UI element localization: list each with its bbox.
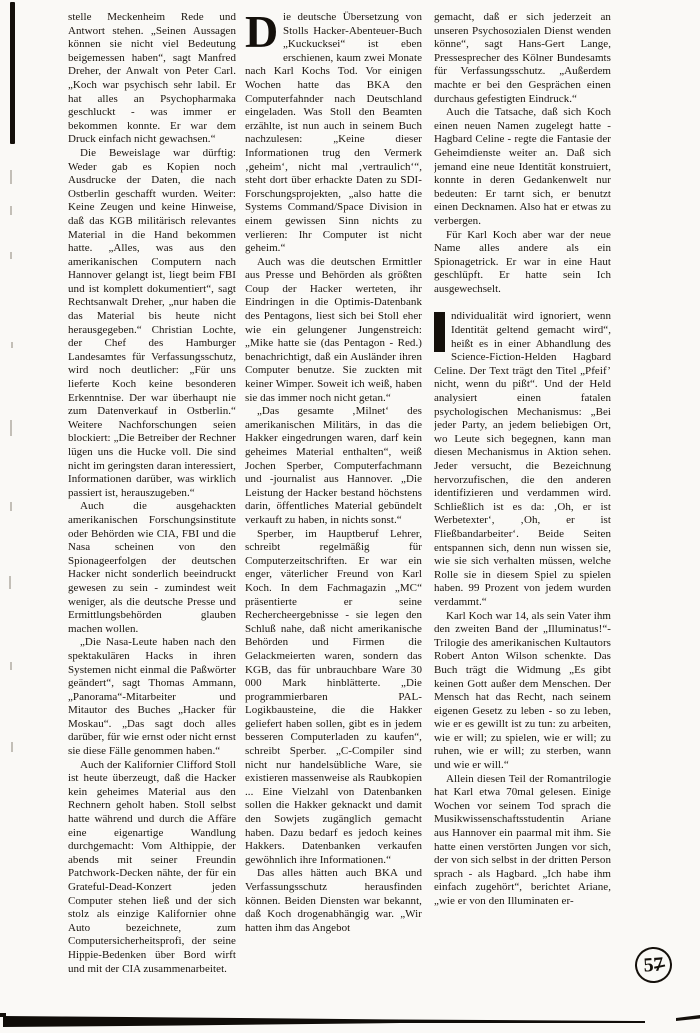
text-column-1: stelle Meckenheim Rede und Antwort stehe… — [68, 11, 236, 1006]
paragraph: Karl Koch war 14, als sein Vater ihm den… — [434, 610, 611, 773]
paragraph: Für Karl Koch aber war der neue Name all… — [434, 229, 611, 297]
scan-margin-dash — [10, 502, 12, 511]
paragraph: Auch was die deutschen Ermittler aus Pre… — [245, 256, 422, 406]
paragraph: Allein diesen Teil der Romantrilogie hat… — [434, 773, 611, 909]
paragraph: Die Beweislage war dürftig: Weder gab es… — [68, 147, 236, 500]
paragraph: „Das gesamte ‚Milnet‘ des amerikanischen… — [245, 405, 422, 527]
paragraph-text: ndividualität wird ignoriert, wenn Ident… — [434, 310, 611, 607]
paragraph: Sperber, im Hauptberuf Lehrer, schreibt … — [245, 528, 422, 868]
paragraph-with-dropcap: Die deutsche Übersetzung von Stolls Hack… — [245, 11, 422, 256]
paragraph-with-dropcap: Individualität wird ignoriert, wenn Iden… — [434, 310, 611, 609]
scan-margin-dash — [10, 206, 12, 215]
scan-margin-dash — [10, 420, 12, 436]
paragraph: Auch der Kalifornier Clifford Stoll ist … — [68, 759, 236, 977]
paragraph: stelle Meckenheim Rede und Antwort stehe… — [68, 11, 236, 147]
scan-edge-mark-bottom — [0, 1005, 700, 1033]
drop-cap-letter: I — [434, 312, 445, 352]
scanned-magazine-page: stelle Meckenheim Rede und Antwort stehe… — [0, 0, 700, 1033]
paragraph: Das alles hätten auch BKA und Verfassung… — [245, 867, 422, 935]
text-column-2: Die deutsche Übersetzung von Stolls Hack… — [245, 11, 422, 1006]
paragraph: Auch die ausgehackten amerikanischen For… — [68, 500, 236, 636]
paragraph: „Die Nasa-Leute haben nach den spektakul… — [68, 636, 236, 758]
scan-edge-mark-left — [10, 2, 15, 144]
scan-margin-dash — [11, 742, 13, 752]
scan-margin-dash — [10, 252, 12, 259]
text-column-3: gemacht, daß er sich jederzeit an unsere… — [434, 11, 611, 1006]
scan-margin-dash — [9, 576, 11, 589]
paragraph: gemacht, daß er sich jederzeit an unsere… — [434, 11, 611, 106]
paragraph: Auch die Tatsache, daß sich Koch einen n… — [434, 106, 611, 228]
page-number-badge: 57 — [634, 946, 673, 984]
scan-margin-dash — [10, 662, 12, 670]
scan-margin-dash — [11, 342, 13, 348]
drop-cap-letter: D — [245, 12, 278, 53]
scan-margin-dash — [10, 170, 12, 184]
